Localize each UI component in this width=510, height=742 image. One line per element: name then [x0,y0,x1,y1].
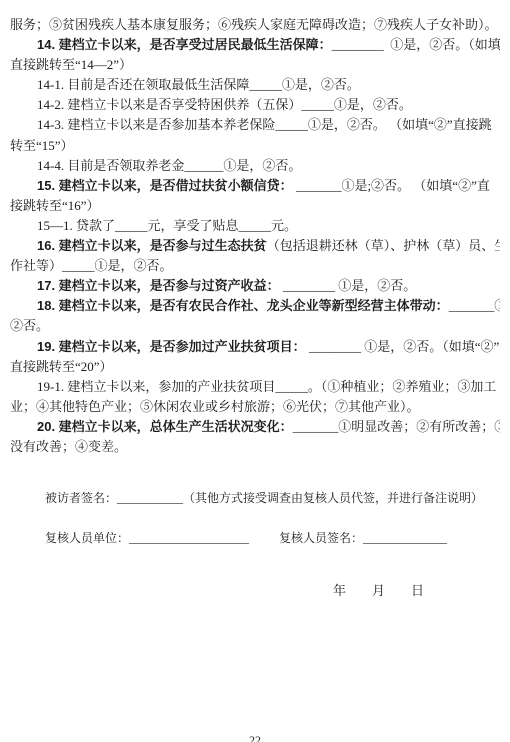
document-line: 14-3. 建档立卡以来是否参加基本养老保险_____①是，②否。 （如填“②”… [10,115,500,135]
question-title-segment: 16. 建档立卡以来，是否参与过生态扶贫 [37,238,267,253]
document-line: 19. 建档立卡以来，是否参加过产业扶贫项目： ________ ①是，②否。（… [10,337,500,357]
document-line: 没有改善；④变差。 [10,437,500,457]
document-line: 20. 建档立卡以来，总体生产生活状况变化：_______①明显改善；②有所改善… [10,417,500,437]
text-segment: 14-2. 建档立卡以来是否享受特困供养（五保）_____①是，②否。 [37,97,412,112]
text-segment: ________ ①是，②否。（如填“②” [306,339,500,354]
document-line: 15—1. 贷款了_____元，享受了贴息_____元。 [10,216,500,236]
document-line: 复核人员单位：____________________复核人员签名：______… [10,528,500,548]
question-title-segment: 17. 建档立卡以来，是否参与过资产收益： [37,278,280,293]
text-segment: ②否。 [10,318,49,333]
text-segment: 作社等）_____①是，②否。 [10,258,173,273]
document-line: 14. 建档立卡以来，是否享受过居民最低生活保障：________ ①是，②否。… [10,35,500,55]
text-segment: 直接跳转至“14—2”） [10,57,132,72]
text-segment: 被访者签名：___________（其他方式接受调查由复核人员代签，并进行备注说… [45,491,483,505]
text-segment: 没有改善；④变差。 [10,439,127,454]
document-line: 14-2. 建档立卡以来是否享受特困供养（五保）_____①是，②否。 [10,95,500,115]
question-title-segment: 15. 建档立卡以来，是否借过扶贫小额信贷： [37,178,293,193]
text-segment: 15—1. 贷款了_____元，享受了贴息_____元。 [37,218,297,233]
document-line: 18. 建档立卡以来，是否有农民合作社、龙头企业等新型经营主体带动：______… [10,296,500,316]
document-line: 19-1. 建档立卡以来，参加的产业扶贫项目_____。（①种植业；②养殖业；③… [10,377,500,397]
text-segment: ________ ①是，②否。 [280,278,417,293]
text-segment: _______①是;②否。 （如填“②”直 [293,178,490,193]
text-segment: _______①明显改善；②有所改善；③ [293,419,500,434]
question-title-segment: 14. 建档立卡以来，是否享受过居民最低生活保障： [37,37,332,52]
document-line: 14-4. 目前是否领取养老金______①是，②否。 [10,156,500,176]
question-title-segment: 20. 建档立卡以来，总体生产生活状况变化： [37,419,293,434]
text-segment: 月 [372,583,385,598]
document-line: 14-1. 目前是否还在领取最低生活保障_____①是，②否。 [10,75,500,95]
text-segment: 接跳转至“16”） [10,198,100,213]
text-segment: 日 [411,583,424,598]
document-line: 作社等）_____①是，②否。 [10,256,500,276]
document-line: 17. 建档立卡以来，是否参与过资产收益： ________ ①是，②否。 [10,276,500,296]
document-line: ②否。 [10,316,500,336]
document-line: 15. 建档立卡以来，是否借过扶贫小额信贷： _______①是;②否。 （如填… [10,176,500,196]
text-segment: 14-1. 目前是否还在领取最低生活保障_____①是，②否。 [37,77,360,92]
question-title-segment: 19. 建档立卡以来，是否参加过产业扶贫项目： [37,339,306,354]
text-segment: 19-1. 建档立卡以来，参加的产业扶贫项目_____。（①种植业；②养殖业；③… [37,379,496,394]
text-segment: 14-4. 目前是否领取养老金______①是，②否。 [37,158,301,173]
text-segment: 转至“15”） [10,138,74,153]
text-segment: 服务；⑤贫困残疾人基本康复服务；⑥残疾人家庭无障碍改造；⑦残疾人子女补助）。 [10,17,498,32]
document-line: 被访者签名：___________（其他方式接受调查由复核人员代签，并进行备注说… [10,488,500,508]
text-segment: ________ ①是，②否。（如填“②” [332,37,500,52]
document-line: 接跳转至“16”） [10,196,500,216]
text-segment: _______①是， [449,298,500,313]
document-line: 16. 建档立卡以来，是否参与过生态扶贫（包括退耕还林（草）、护林（草）员、生态… [10,236,500,256]
question-title-segment: 18. 建档立卡以来，是否有农民合作社、龙头企业等新型经营主体带动： [37,298,449,313]
text-segment: 直接跳转至“20”） [10,359,113,374]
document-line: 年月日 [10,581,500,601]
document-body: 服务；⑤贫困残疾人基本康复服务；⑥残疾人家庭无障碍改造；⑦残疾人子女补助）。14… [0,0,510,601]
text-segment: （包括退耕还林（草）、护林（草）员、生态合 [267,238,500,253]
text-segment: 复核人员签名：______________ [279,531,447,545]
page-number: 22 [0,733,510,742]
document-line: 直接跳转至“14—2”） [10,55,500,75]
document-line: 业；④其他特色产业；⑤休闲农业或乡村旅游；⑥光伏；⑦其他产业）。 [10,397,500,417]
document-line: 服务；⑤贫困残疾人基本康复服务；⑥残疾人家庭无障碍改造；⑦残疾人子女补助）。 [10,15,500,35]
document-line: 直接跳转至“20”） [10,357,500,377]
text-segment: 业；④其他特色产业；⑤休闲农业或乡村旅游；⑥光伏；⑦其他产业）。 [10,399,420,414]
document-line: 转至“15”） [10,136,500,156]
text-segment: 年 [333,583,346,598]
text-segment: 14-3. 建档立卡以来是否参加基本养老保险_____①是，②否。 （如填“②”… [37,117,492,132]
text-segment: 复核人员单位：____________________ [45,531,249,545]
document-page: { "page": { "number": "22", "background"… [0,0,510,742]
